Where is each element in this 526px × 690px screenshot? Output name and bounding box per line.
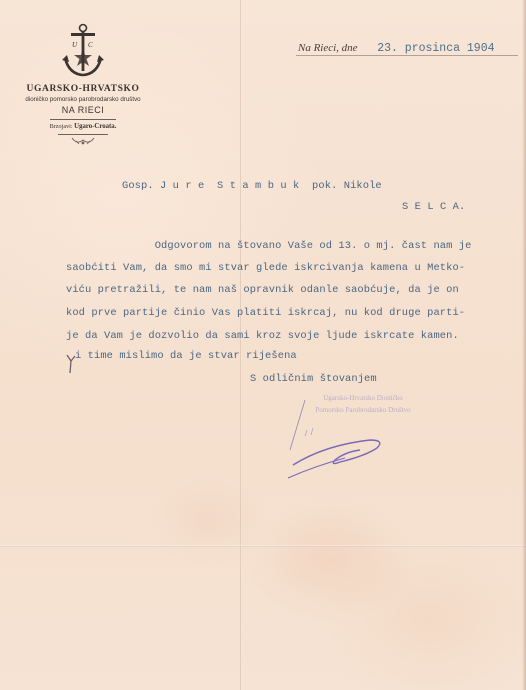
- ornament-icon: [70, 136, 96, 146]
- body-line: i time mislimo da je stvar riješena: [75, 350, 297, 362]
- margin-mark-icon: [66, 353, 76, 375]
- dateline: Na Rieci, dne 23. prosinca 1904: [298, 38, 495, 56]
- horizontal-fold: [0, 545, 526, 547]
- cable-address: Brzojavi: Ugaro-Croata.: [18, 123, 148, 130]
- addressee-name: Gosp. J u r e S t a m b u k pok. Nikole: [122, 180, 382, 192]
- body-line: je da Vam je dozvolio da sami kroz svoje…: [66, 330, 459, 342]
- addressee-city: S E L C A.: [402, 201, 465, 213]
- closing-salutation: S odličnim štovanjem: [250, 373, 377, 385]
- svg-text:C: C: [88, 41, 93, 49]
- company-city: NA RIECI: [18, 105, 148, 115]
- svg-text:U: U: [72, 41, 78, 49]
- company-subtitle: dioničko pomorsko parobrodarsko društvo: [18, 96, 148, 103]
- company-name: UGARSKO-HRVATSKO: [18, 84, 148, 94]
- letterhead: U C UGARSKO-HRVATSKO dioničko pomorsko p…: [18, 22, 148, 146]
- divider: [50, 119, 116, 120]
- signature: [285, 400, 395, 480]
- body-line: saobćiti Vam, da smo mi stvar glede iskr…: [66, 262, 465, 274]
- cable-value: Ugaro-Croata.: [74, 123, 116, 130]
- anchor-icon: U C: [59, 22, 107, 80]
- date-underline: [296, 55, 518, 56]
- body-line: Odgovorom na štovano Vaše od 13. o mj. č…: [66, 240, 471, 252]
- divider: [58, 134, 108, 135]
- vertical-fold: [240, 0, 242, 690]
- cable-label: Brzojavi:: [50, 123, 73, 130]
- letter-date: 23. prosinca 1904: [377, 42, 494, 55]
- dateline-prefix: Na Rieci, dne: [298, 42, 358, 54]
- body-line: viću pretražili, te nam naš opravnik oda…: [66, 284, 459, 296]
- body-line: kod prve partije činio Vas platiti iskrc…: [66, 307, 465, 319]
- paper-edge: [522, 0, 526, 690]
